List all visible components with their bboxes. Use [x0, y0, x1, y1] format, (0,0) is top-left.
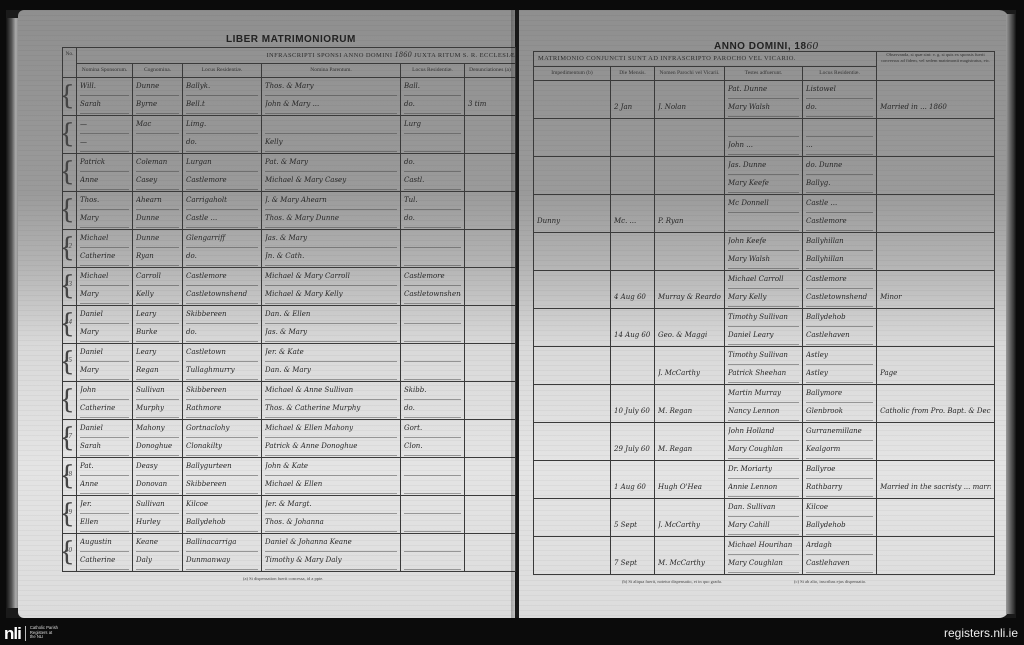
denunciations — [465, 116, 516, 154]
spouse-residence-line-2: Castletownshend — [186, 286, 258, 304]
parents-residence: do.Castl. — [401, 154, 465, 192]
parents-residence — [401, 306, 465, 344]
col-header-nomina-parentum: Nomina Parentum. — [262, 64, 401, 78]
parents-names: J. & Mary AhearnThos. & Mary Dunne — [262, 192, 401, 230]
register-entry-row-continued: 29 July 60M. ReganJohn HollandMary Cough… — [534, 423, 995, 461]
spouse-names-line-1: Jer. — [80, 496, 129, 514]
parents-residence-line-1 — [404, 230, 461, 248]
spouse-names-line-2: Mary — [80, 286, 129, 304]
parents-names: Jer. & Margt.Thos. & Johanna — [262, 496, 401, 534]
spouse-names: JohnCatherine — [77, 382, 133, 420]
witnesses: Dan. SullivanMary Cahill — [725, 499, 803, 537]
denunciations — [465, 230, 516, 268]
parents-names-line-1: Jer. & Kate — [265, 344, 397, 362]
parents-residence-line-2: Castletownshend — [404, 286, 461, 304]
spouse-surnames-line-1: Sullivan — [136, 496, 179, 514]
witnesses-residence-line-2: Castlemore — [806, 213, 873, 231]
witnesses-line-1 — [728, 119, 799, 137]
witnesses-line-1: Michael Carroll — [728, 271, 799, 289]
witnesses-line-1: Dan. Sullivan — [728, 499, 799, 517]
spouse-names-line-1: Augustin — [80, 534, 129, 552]
right-register-table: MATRIMONIO CONJUNCTI SUNT AD INFRASCRIPT… — [533, 51, 995, 575]
spouse-residence: SkibbereenRathmore — [183, 382, 262, 420]
spouse-surnames-line-1: Leary — [136, 344, 179, 362]
observations: Married in ... 1860 — [877, 81, 995, 119]
spouse-names-line-2: Catherine — [80, 248, 129, 266]
spouse-surnames-line-2: Byrne — [136, 96, 179, 114]
witnesses-line-2: Mary Walsh — [728, 251, 799, 269]
witnesses-residence-line-1: Ardagh — [806, 537, 873, 555]
impediment — [534, 157, 611, 195]
witnesses-residence: BallymoreGlenbrook — [803, 385, 877, 423]
witnesses-residence-line-1: Ballyroe — [806, 461, 873, 479]
spouse-surnames: DeasyDonovan — [133, 458, 183, 496]
parents-names-line-2: Thos. & Johanna — [265, 514, 397, 532]
witnesses-residence: CastlemoreCastletownshend — [803, 271, 877, 309]
spouse-residence-line-1: Lurgan — [186, 154, 258, 172]
spouse-residence-line-1: Skibbereen — [186, 382, 258, 400]
witnesses-residence-line-1: Kilcoe — [806, 499, 873, 517]
parents-residence — [401, 458, 465, 496]
register-entry-row-continued: 10 July 60M. ReganMartin MurrayNancy Len… — [534, 385, 995, 423]
brace-mark: { — [63, 119, 76, 149]
marriage-date — [611, 233, 655, 271]
parents-residence: Ball.do. — [401, 78, 465, 116]
spouse-surnames: ColemanCasey — [133, 154, 183, 192]
spouse-surnames-line-2: Kelly — [136, 286, 179, 304]
entry-number: { — [63, 116, 77, 154]
spouse-residence: BallygurteenSkibbereen — [183, 458, 262, 496]
register-image-viewer[interactable]: LIBER MATRIMONIORUM No. INFRASCRIPTI SPO… — [0, 0, 1024, 645]
spouse-residence-line-1: Gortnaclohy — [186, 420, 258, 438]
col-header-observanda: Observanda, si quæ sint: v. g. si quis e… — [877, 52, 995, 81]
brace-mark: { — [63, 157, 76, 187]
spouse-residence: Limg.do. — [183, 116, 262, 154]
spouse-residence-line-2: Clonakilty — [186, 438, 258, 456]
witnesses-residence: ArdaghCastlehaven — [803, 537, 877, 575]
observations — [877, 195, 995, 233]
register-entry-row-continued: John ...... — [534, 119, 995, 157]
spouse-surnames-line-1: Dunne — [136, 78, 179, 96]
witnesses-line-2: Mary Walsh — [728, 99, 799, 117]
priest-name: Hugh O'Hea — [655, 461, 725, 499]
observations — [877, 309, 995, 347]
spouse-names-line-2: Catherine — [80, 400, 129, 418]
witnesses: Dr. MoriartyAnnie Lennon — [725, 461, 803, 499]
spouse-residence: Ballyk.Bell.t — [183, 78, 262, 116]
witnesses: Jas. DunneMary Keefe — [725, 157, 803, 195]
witnesses-line-2: Mary Keefe — [728, 175, 799, 193]
spouse-residence-line-1: Ballyk. — [186, 78, 258, 96]
parents-names-line-1: Michael & Ellen Mahony — [265, 420, 397, 438]
parents-names: Thos. & MaryJohn & Mary ... — [262, 78, 401, 116]
parents-residence-line-1 — [404, 458, 461, 476]
parents-residence-line-2: Clon. — [404, 438, 461, 456]
brace-mark: { — [63, 347, 76, 377]
spouse-surnames-line-1: Dunne — [136, 230, 179, 248]
witnesses-residence-line-2: Astley — [806, 365, 873, 383]
register-entry-row: 32{MichaelCatherineDunneRyanGlengarriffd… — [63, 230, 516, 268]
denunciations — [465, 154, 516, 192]
witnesses: Michael HourihanMary Coughlan — [725, 537, 803, 575]
witnesses-residence-line-1 — [806, 119, 873, 137]
spouse-names-line-1: Patrick — [80, 154, 129, 172]
spouse-names-line-1: Thos. — [80, 192, 129, 210]
parents-names: Jer. & KateDan. & Mary — [262, 344, 401, 382]
right-page: ANNO DOMINI, 1860 MATRIMONIO CONJUNCTI S… — [519, 10, 1009, 618]
spouse-names-line-2: Catherine — [80, 552, 129, 570]
spouse-names-line-2: Anne — [80, 476, 129, 494]
witnesses-residence-line-2: Ballydehob — [806, 517, 873, 535]
witnesses-residence-line-2: Ballyhillan — [806, 251, 873, 269]
col-header-testes: Testes adfuerunt. — [725, 67, 803, 81]
witnesses-residence: AstleyAstley — [803, 347, 877, 385]
parents-residence-line-2 — [404, 514, 461, 532]
parents-names-line-2: Thos. & Mary Dunne — [265, 210, 397, 228]
book-edge-right — [1006, 14, 1016, 614]
register-entry-row: {PatrickAnneColemanCaseyLurganCastlemore… — [63, 154, 516, 192]
register-entry-row: 33{MichaelMaryCarrollKellyCastlemoreCast… — [63, 268, 516, 306]
parents-residence-line-2 — [404, 552, 461, 570]
observations — [877, 157, 995, 195]
nli-brand[interactable]: nli Catholic Parish Registers at the NLI — [4, 622, 58, 644]
parents-names-line-1: Michael & Anne Sullivan — [265, 382, 397, 400]
col-header-denunciationes: Denunciationes (a) — [465, 64, 516, 78]
parents-names-line-1: Jer. & Margt. — [265, 496, 397, 514]
spouse-surnames-line-2: Dunne — [136, 210, 179, 228]
spouse-names-line-2: Mary — [80, 362, 129, 380]
marriage-date: 10 July 60 — [611, 385, 655, 423]
marriage-date: 1 Aug 60 — [611, 461, 655, 499]
witnesses-residence-line-1: Listowel — [806, 81, 873, 99]
spouse-residence: BallinacarrigaDunmanway — [183, 534, 262, 572]
brace-mark: { — [63, 423, 76, 453]
col-header-nomina-sponsorum: Nomina Sponsorum. — [77, 64, 133, 78]
parents-residence-line-1: Tul. — [404, 192, 461, 210]
spouse-residence-line-1: Ballygurteen — [186, 458, 258, 476]
impediment — [534, 423, 611, 461]
parents-residence-line-1 — [404, 496, 461, 514]
witnesses-residence-line-2: do. — [806, 99, 873, 117]
brace-mark: { — [63, 499, 76, 529]
register-entry-row: 38{Pat.AnneDeasyDonovanBallygurteenSkibb… — [63, 458, 516, 496]
witnesses-residence-line-2: Castlehaven — [806, 555, 873, 573]
entry-number: { — [63, 154, 77, 192]
spouse-residence-line-2: do. — [186, 134, 258, 152]
spouse-residence-line-2: Castlemore — [186, 172, 258, 190]
marriage-date: 4 Aug 60 — [611, 271, 655, 309]
witnesses-line-1: Jas. Dunne — [728, 157, 799, 175]
parents-residence-line-2 — [404, 324, 461, 342]
spouse-residence-line-2: Ballydehob — [186, 514, 258, 532]
spouse-surnames-line-2: Donoghue — [136, 438, 179, 456]
brace-mark: { — [63, 271, 76, 301]
spouse-names-line-1: Daniel — [80, 420, 129, 438]
denunciations — [465, 420, 516, 458]
entry-number: 37{ — [63, 420, 77, 458]
witnesses-residence-line-2: Castlehaven — [806, 327, 873, 345]
parents-residence — [401, 496, 465, 534]
register-entry-row: {Will.SarahDunneByrneBallyk.Bell.tThos. … — [63, 78, 516, 116]
brace-mark: { — [63, 195, 76, 225]
entry-number: { — [63, 382, 77, 420]
entry-number: { — [63, 192, 77, 230]
parents-names-line-2: Timothy & Mary Daly — [265, 552, 397, 570]
right-banner: MATRIMONIO CONJUNCTI SUNT AD INFRASCRIPT… — [534, 52, 877, 67]
marriage-date: 7 Sept — [611, 537, 655, 575]
parents-residence-line-1 — [404, 306, 461, 324]
register-entry-row-continued: Jas. DunneMary Keefedo. DunneBallyg. — [534, 157, 995, 195]
witnesses-residence-line-1: Castlemore — [806, 271, 873, 289]
witnesses-line-2: Mary Coughlan — [728, 441, 799, 459]
spouse-names-line-2: Mary — [80, 210, 129, 228]
spouse-names-line-2: Mary — [80, 324, 129, 342]
spouse-surnames-line-2: Daly — [136, 552, 179, 570]
parents-names-line-1 — [265, 116, 397, 134]
spouse-residence-line-2: Tullaghmurry — [186, 362, 258, 380]
priest-name: M. McCarthy — [655, 537, 725, 575]
impediment — [534, 537, 611, 575]
witnesses-residence: BallydehobCastlehaven — [803, 309, 877, 347]
observations — [877, 537, 995, 575]
witnesses-residence: Castle ...Castlemore — [803, 195, 877, 233]
register-entry-row: 35{DanielMaryLearyReganCastletownTullagh… — [63, 344, 516, 382]
spouse-surnames-line-1: Mahony — [136, 420, 179, 438]
parents-names: Jas. & MaryJn. & Cath. — [262, 230, 401, 268]
spouse-names: AugustinCatherine — [77, 534, 133, 572]
witnesses-residence-line-2: Rathbarry — [806, 479, 873, 497]
spouse-surnames-line-1: Carroll — [136, 268, 179, 286]
observations — [877, 499, 995, 537]
register-entry-row-continued: DunnyMc. ...P. RyanMc DonnellCastle ...C… — [534, 195, 995, 233]
spouse-residence-line-2: Rathmore — [186, 400, 258, 418]
parents-names-line-2: Jn. & Cath. — [265, 248, 397, 266]
denunciations — [465, 306, 516, 344]
witnesses-residence-line-1: Castle ... — [806, 195, 873, 213]
observations — [877, 423, 995, 461]
spouse-surnames-line-1: Leary — [136, 306, 179, 324]
denunciations — [465, 458, 516, 496]
spouse-names: MichaelMary — [77, 268, 133, 306]
priest-name — [655, 233, 725, 271]
parents-residence-line-2: do. — [404, 400, 461, 418]
spouse-names-line-1: Michael — [80, 268, 129, 286]
register-book-scan: LIBER MATRIMONIORUM No. INFRASCRIPTI SPO… — [6, 10, 1016, 618]
witnesses-line-2: Nancy Lennon — [728, 403, 799, 421]
priest-name: Geo. & Maggi — [655, 309, 725, 347]
impediment — [534, 347, 611, 385]
parents-names-line-1: Dan. & Ellen — [265, 306, 397, 324]
spouse-names-line-2: Ellen — [80, 514, 129, 532]
parents-residence-line-1 — [404, 534, 461, 552]
marriage-date — [611, 119, 655, 157]
parents-names: Dan. & EllenJas. & Mary — [262, 306, 401, 344]
impediment — [534, 119, 611, 157]
spouse-names: DanielMary — [77, 306, 133, 344]
spouse-surnames-line-2: Hurley — [136, 514, 179, 532]
spouse-surnames: SullivanHurley — [133, 496, 183, 534]
parents-names: Michael & Mary CarrollMichael & Mary Kel… — [262, 268, 401, 306]
register-entry-row-continued: 4 Aug 60Murray & ReardonMichael CarrollM… — [534, 271, 995, 309]
parents-names-line-1: J. & Mary Ahearn — [265, 192, 397, 210]
left-footnote: (a) Si dispensation fuerit concessa, id … — [243, 576, 323, 581]
spouse-residence: Skibbereendo. — [183, 306, 262, 344]
witnesses-residence-line-1: Ballyhillan — [806, 233, 873, 251]
right-footnote-b: (b) Si aliqua fuerit, notetur dispensati… — [622, 579, 722, 584]
register-entry-row: {Thos.MaryAhearnDunneCarrigaholtCastle .… — [63, 192, 516, 230]
parents-names-line-2: Kelly — [265, 134, 397, 152]
spouse-names-line-1: Pat. — [80, 458, 129, 476]
entry-number: 35{ — [63, 344, 77, 382]
witnesses-line-2: Mary Cahill — [728, 517, 799, 535]
register-entry-row-continued: 14 Aug 60Geo. & MaggiTimothy SullivanDan… — [534, 309, 995, 347]
spouse-residence-line-2: do. — [186, 324, 258, 342]
spouse-names-line-1: John — [80, 382, 129, 400]
register-entry-row: 37{DanielSarahMahonyDonoghueGortnaclohyC… — [63, 420, 516, 458]
parents-names-line-1: John & Kate — [265, 458, 397, 476]
left-page: LIBER MATRIMONIORUM No. INFRASCRIPTI SPO… — [18, 10, 515, 618]
spouse-residence-line-2: Castle ... — [186, 210, 258, 228]
witnesses-residence: ... — [803, 119, 877, 157]
left-banner: INFRASCRIPTI SPONSI ANNO DOMINI 1860 JUX… — [77, 48, 516, 64]
spouse-surnames-line-2: Murphy — [136, 400, 179, 418]
parents-residence-line-1: Skibb. — [404, 382, 461, 400]
witnesses-line-1: John Holland — [728, 423, 799, 441]
observations: Minor — [877, 271, 995, 309]
site-url[interactable]: registers.nli.ie — [944, 626, 1018, 640]
parents-names-line-2: Patrick & Anne Donoghue — [265, 438, 397, 456]
spouse-surnames-line-2: Casey — [136, 172, 179, 190]
left-register-table: No. INFRASCRIPTI SPONSI ANNO DOMINI 1860… — [62, 47, 516, 572]
parents-names-line-2: Thos. & Catherine Murphy — [265, 400, 397, 418]
spouse-names: Pat.Anne — [77, 458, 133, 496]
col-header-impedimentum: Impedimentum (b) — [534, 67, 611, 81]
spouse-surnames: DunneByrne — [133, 78, 183, 116]
parents-names-line-1: Thos. & Mary — [265, 78, 397, 96]
brace-mark: { — [63, 461, 76, 491]
nli-logo: nli — [4, 625, 21, 642]
witnesses-residence: BallyroeRathbarry — [803, 461, 877, 499]
register-entry-row: 34{DanielMaryLearyBurkeSkibbereendo.Dan.… — [63, 306, 516, 344]
spouse-names-line-2: — — [80, 134, 129, 152]
witnesses: Mc Donnell — [725, 195, 803, 233]
parents-residence: Lurg — [401, 116, 465, 154]
brace-mark: { — [63, 81, 76, 111]
parents-names-line-2: John & Mary ... — [265, 96, 397, 114]
witnesses-line-1: John Keefe — [728, 233, 799, 251]
witnesses-line-2: Annie Lennon — [728, 479, 799, 497]
spouse-surnames-line-2: Ryan — [136, 248, 179, 266]
witnesses-residence-line-1: Ballydehob — [806, 309, 873, 327]
parents-residence-line-1: Ball. — [404, 78, 461, 96]
parents-residence-line-1: Castlemore — [404, 268, 461, 286]
witnesses-line-2: Daniel Leary — [728, 327, 799, 345]
spouse-residence: Glengarriffdo. — [183, 230, 262, 268]
impediment — [534, 385, 611, 423]
spouse-residence: CastlemoreCastletownshend — [183, 268, 262, 306]
spouse-residence-line-1: Limg. — [186, 116, 258, 134]
witnesses-line-1: Dr. Moriarty — [728, 461, 799, 479]
marriage-date: 14 Aug 60 — [611, 309, 655, 347]
col-header-nomen-parochi: Nomen Parochi vel Vicarii. — [655, 67, 725, 81]
spouse-names: Thos.Mary — [77, 192, 133, 230]
parents-names-line-2: Michael & Ellen — [265, 476, 397, 494]
parents-residence — [401, 534, 465, 572]
witnesses-line-1: Pat. Dunne — [728, 81, 799, 99]
spouse-surnames: LearyBurke — [133, 306, 183, 344]
entry-number: 34{ — [63, 306, 77, 344]
witnesses-residence: Listoweldo. — [803, 81, 877, 119]
spouse-names: Will.Sarah — [77, 78, 133, 116]
witnesses-line-1: Mc Donnell — [728, 195, 799, 213]
parents-names: Michael & Ellen MahonyPatrick & Anne Don… — [262, 420, 401, 458]
entry-number: 33{ — [63, 268, 77, 306]
brace-mark: { — [63, 537, 76, 567]
witnesses: Martin MurrayNancy Lennon — [725, 385, 803, 423]
parents-names-line-2: Jas. & Mary — [265, 324, 397, 342]
parents-names-line-2: Michael & Mary Casey — [265, 172, 397, 190]
spouse-surnames: LearyRegan — [133, 344, 183, 382]
witnesses: Timothy SullivanPatrick Sheehan — [725, 347, 803, 385]
spouse-residence-line-1: Ballinacarriga — [186, 534, 258, 552]
witnesses-line-2 — [728, 213, 799, 231]
entry-number: 32{ — [63, 230, 77, 268]
witnesses-residence-line-2: Kealgorm — [806, 441, 873, 459]
spouse-surnames: SullivanMurphy — [133, 382, 183, 420]
brace-mark: { — [63, 233, 76, 263]
spouse-surnames-line-2: Regan — [136, 362, 179, 380]
witnesses-residence-line-1: do. Dunne — [806, 157, 873, 175]
priest-name — [655, 119, 725, 157]
register-entry-row: {JohnCatherineSullivanMurphySkibbereenRa… — [63, 382, 516, 420]
marriage-date: 5 Sept — [611, 499, 655, 537]
register-entry-row-continued: 7 SeptM. McCarthyMichael HourihanMary Co… — [534, 537, 995, 575]
col-header-locus-residentiae: Locus Residentiæ. — [183, 64, 262, 78]
spouse-surnames-line-1: Deasy — [136, 458, 179, 476]
witnesses-residence-line-1: Gurranemillane — [806, 423, 873, 441]
witnesses-residence-line-2: Glenbrook — [806, 403, 873, 421]
parents-residence — [401, 344, 465, 382]
spouse-surnames-line-1: Coleman — [136, 154, 179, 172]
spouse-surnames-line-1: Ahearn — [136, 192, 179, 210]
witnesses: John ... — [725, 119, 803, 157]
spouse-names-line-1: Daniel — [80, 306, 129, 324]
parents-residence-line-1: Lurg — [404, 116, 461, 134]
denunciations — [465, 496, 516, 534]
parents-residence-line-1: do. — [404, 154, 461, 172]
witnesses-line-2: Mary Coughlan — [728, 555, 799, 573]
priest-name: J. McCarthy — [655, 347, 725, 385]
col-header-cognomina: Cognomina. — [133, 64, 183, 78]
spouse-residence-line-2: Bell.t — [186, 96, 258, 114]
parents-residence: Tul.do. — [401, 192, 465, 230]
parents-names-line-1: Michael & Mary Carroll — [265, 268, 397, 286]
spouse-residence: CastletownTullaghmurry — [183, 344, 262, 382]
parents-residence-line-2 — [404, 476, 461, 494]
parents-names: John & KateMichael & Ellen — [262, 458, 401, 496]
brace-mark: { — [63, 385, 76, 415]
spouse-residence-line-1: Carrigaholt — [186, 192, 258, 210]
observations — [877, 233, 995, 271]
spouse-residence: CarrigaholtCastle ... — [183, 192, 262, 230]
denunciations — [465, 192, 516, 230]
witnesses-line-1: Martin Murray — [728, 385, 799, 403]
brace-mark: { — [63, 309, 76, 339]
spouse-surnames-line-2: Burke — [136, 324, 179, 342]
witnesses: Michael CarrollMary Kelly — [725, 271, 803, 309]
spouse-residence: LurganCastlemore — [183, 154, 262, 192]
witnesses: Pat. DunneMary Walsh — [725, 81, 803, 119]
